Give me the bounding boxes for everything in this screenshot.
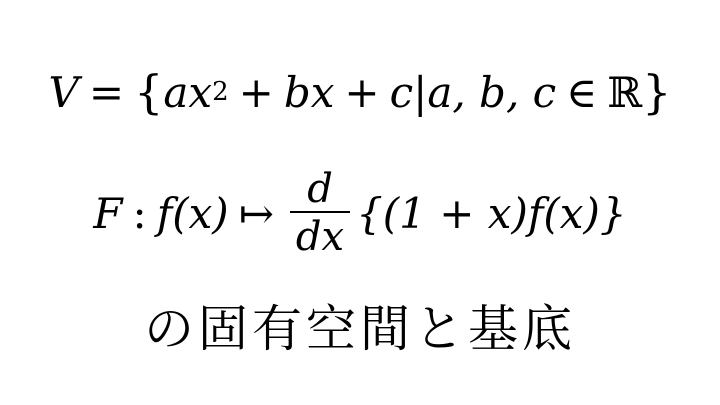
right-brace: }	[642, 65, 671, 119]
real-numbers-symbol: ℝ	[607, 68, 642, 117]
map-argument: f(x)	[157, 189, 229, 238]
formula-linear-map: F : f(x) ↦ d dx {(1 + x)f(x)}	[0, 158, 720, 268]
plus-sign: +	[344, 68, 379, 117]
mapsto-arrow: ↦	[239, 189, 274, 238]
colon: :	[133, 189, 147, 238]
derivative-fraction: d dx	[290, 167, 350, 259]
caption: の固有空間と基底	[0, 290, 720, 360]
formula-vector-space: V = { ax2 + bx + c|a, b, c ∈ ℝ }	[0, 52, 720, 132]
symbol-V: V	[49, 68, 79, 117]
caption-text: の固有空間と基底	[144, 289, 576, 361]
equals-sign: =	[89, 68, 124, 117]
left-brace: {	[134, 65, 163, 119]
coefficients: a, b, c	[427, 68, 556, 117]
such-that-bar: |	[413, 68, 427, 117]
term-ax: ax	[163, 68, 212, 117]
fraction-numerator: d	[301, 167, 339, 211]
map-body: {(1 + x)f(x)}	[356, 189, 627, 238]
plus-sign: +	[239, 68, 274, 117]
exponent: 2	[212, 77, 229, 107]
fraction-denominator: dx	[290, 211, 350, 259]
term-bx: bx	[284, 68, 335, 117]
map-name-F: F	[93, 189, 122, 238]
term-c: c	[390, 68, 414, 117]
element-of: ∈	[566, 68, 597, 117]
